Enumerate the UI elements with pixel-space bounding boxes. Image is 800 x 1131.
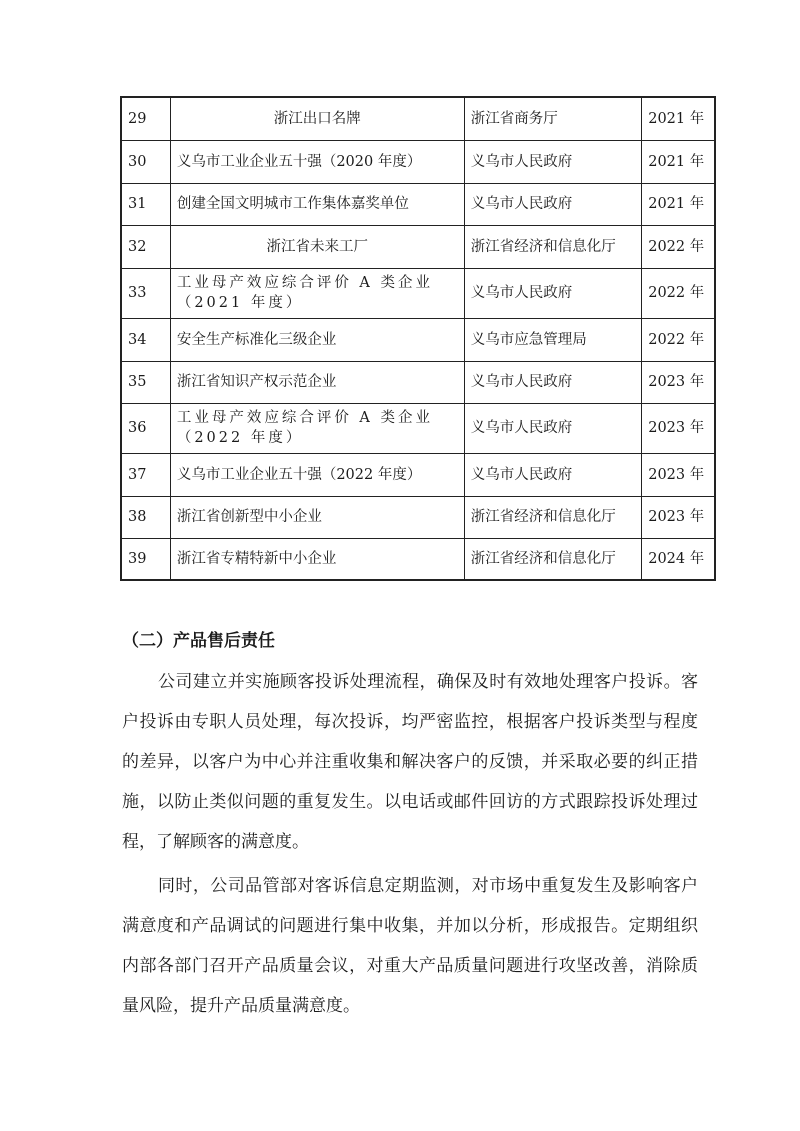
awards-table: 29 浙江出口名牌 浙江省商务厅 2021 年 30 义乌市工业企业五十强（20… xyxy=(120,96,716,581)
row-number: 38 xyxy=(121,496,170,538)
year: 2022 年 xyxy=(642,318,715,361)
award-name: 浙江省知识产权示范企业 xyxy=(170,361,464,403)
row-number: 32 xyxy=(121,225,170,268)
row-number: 35 xyxy=(121,361,170,403)
table-row: 34 安全生产标准化三级企业 义乌市应急管理局 2022 年 xyxy=(121,318,715,361)
award-name: 义乌市工业企业五十强（2020 年度） xyxy=(170,140,464,183)
table-row: 37 义乌市工业企业五十强（2022 年度） 义乌市人民政府 2023 年 xyxy=(121,453,715,496)
issuer: 义乌市人民政府 xyxy=(464,140,642,183)
issuer: 义乌市人民政府 xyxy=(464,268,642,318)
row-number: 37 xyxy=(121,453,170,496)
table-row: 38 浙江省创新型中小企业 浙江省经济和信息化厅 2023 年 xyxy=(121,496,715,538)
issuer: 义乌市人民政府 xyxy=(464,453,642,496)
award-name: 义乌市工业企业五十强（2022 年度） xyxy=(170,453,464,496)
issuer: 义乌市人民政府 xyxy=(464,183,642,225)
paragraph-complaint-handling: 公司建立并实施顾客投诉处理流程，确保及时有效地处理客户投诉。客户投诉由专职人员处… xyxy=(122,662,698,862)
year: 2021 年 xyxy=(642,140,715,183)
table-row: 35 浙江省知识产权示范企业 义乌市人民政府 2023 年 xyxy=(121,361,715,403)
issuer: 义乌市人民政府 xyxy=(464,403,642,453)
award-name: 浙江省未来工厂 xyxy=(170,225,464,268)
year: 2023 年 xyxy=(642,496,715,538)
issuer: 义乌市应急管理局 xyxy=(464,318,642,361)
section-heading: （二）产品售后责任 xyxy=(122,626,275,651)
issuer: 浙江省商务厅 xyxy=(464,97,642,140)
award-name: 创建全国文明城市工作集体嘉奖单位 xyxy=(170,183,464,225)
year: 2024 年 xyxy=(642,538,715,580)
award-name: 浙江省创新型中小企业 xyxy=(170,496,464,538)
table-row: 30 义乌市工业企业五十强（2020 年度） 义乌市人民政府 2021 年 xyxy=(121,140,715,183)
award-name: 工业母产效应综合评价 A 类企业（2022 年度） xyxy=(170,403,464,453)
year: 2022 年 xyxy=(642,268,715,318)
year: 2021 年 xyxy=(642,183,715,225)
row-number: 31 xyxy=(121,183,170,225)
table-row: 31 创建全国文明城市工作集体嘉奖单位 义乌市人民政府 2021 年 xyxy=(121,183,715,225)
issuer: 义乌市人民政府 xyxy=(464,361,642,403)
table-row: 29 浙江出口名牌 浙江省商务厅 2021 年 xyxy=(121,97,715,140)
year: 2021 年 xyxy=(642,97,715,140)
award-name: 安全生产标准化三级企业 xyxy=(170,318,464,361)
year: 2023 年 xyxy=(642,403,715,453)
year: 2023 年 xyxy=(642,361,715,403)
table-row: 32 浙江省未来工厂 浙江省经济和信息化厅 2022 年 xyxy=(121,225,715,268)
year: 2022 年 xyxy=(642,225,715,268)
row-number: 30 xyxy=(121,140,170,183)
year: 2023 年 xyxy=(642,453,715,496)
award-name: 浙江出口名牌 xyxy=(170,97,464,140)
issuer: 浙江省经济和信息化厅 xyxy=(464,496,642,538)
row-number: 39 xyxy=(121,538,170,580)
issuer: 浙江省经济和信息化厅 xyxy=(464,538,642,580)
table-row: 39 浙江省专精特新中小企业 浙江省经济和信息化厅 2024 年 xyxy=(121,538,715,580)
issuer: 浙江省经济和信息化厅 xyxy=(464,225,642,268)
table-row: 33 工业母产效应综合评价 A 类企业（2021 年度） 义乌市人民政府 202… xyxy=(121,268,715,318)
paragraph-quality-monitoring: 同时，公司品管部对客诉信息定期监测，对市场中重复发生及影响客户满意度和产品调试的… xyxy=(122,866,698,1026)
row-number: 29 xyxy=(121,97,170,140)
row-number: 33 xyxy=(121,268,170,318)
awards-table-body: 29 浙江出口名牌 浙江省商务厅 2021 年 30 义乌市工业企业五十强（20… xyxy=(121,97,715,580)
award-name: 浙江省专精特新中小企业 xyxy=(170,538,464,580)
award-name: 工业母产效应综合评价 A 类企业（2021 年度） xyxy=(170,268,464,318)
table-row: 36 工业母产效应综合评价 A 类企业（2022 年度） 义乌市人民政府 202… xyxy=(121,403,715,453)
row-number: 34 xyxy=(121,318,170,361)
row-number: 36 xyxy=(121,403,170,453)
